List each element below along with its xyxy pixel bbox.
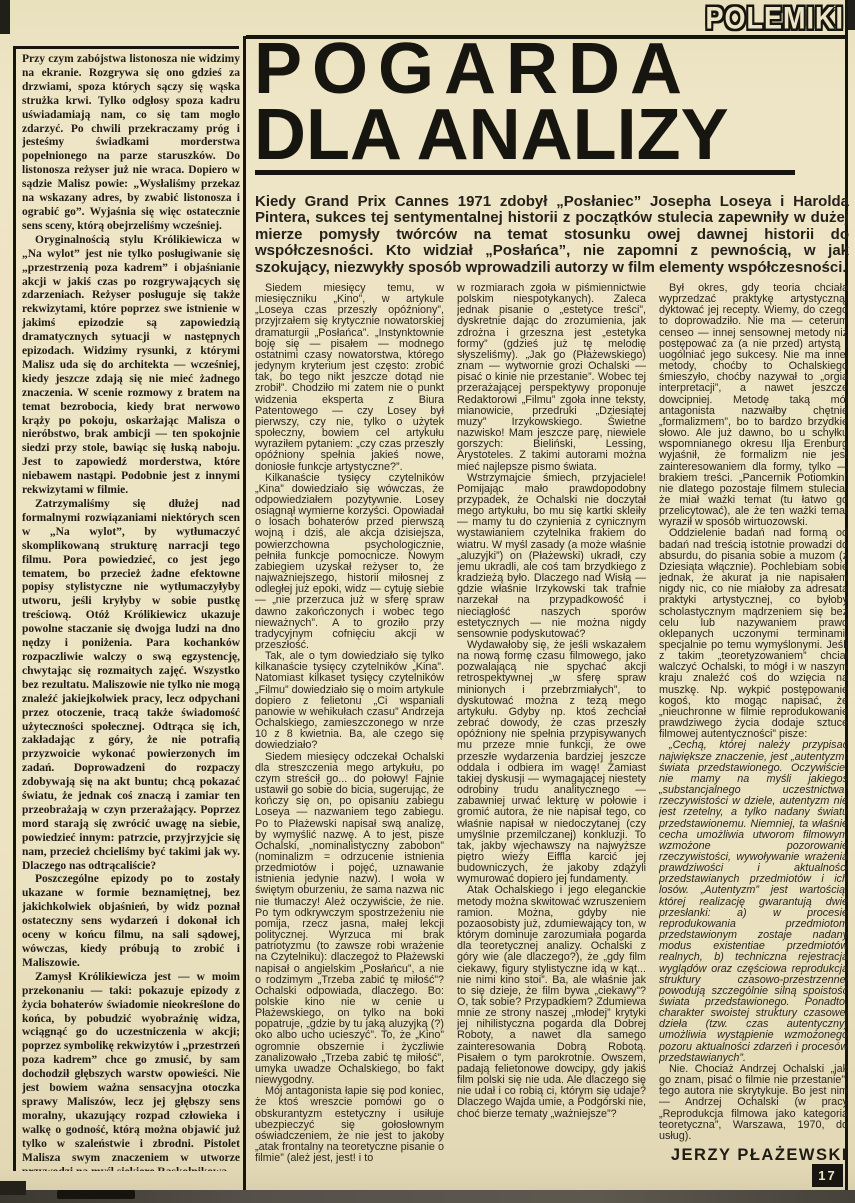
paragraph: Poszczególne epizody po to zostały ukaza… <box>22 873 240 970</box>
scan-corner-mark <box>0 0 10 34</box>
scan-ink-mark <box>0 1181 26 1195</box>
body-column-2: w rozmiarach zgoła w piśmiennictwie pols… <box>457 283 646 1173</box>
article-body: Siedem miesięcy temu, w miesięczniku „Ki… <box>255 283 849 1173</box>
author-byline: JERZY PŁAŻEWSKI <box>659 1150 848 1161</box>
masthead: POLEMIKI <box>688 2 844 38</box>
section-label: POLEMIKI <box>705 0 844 38</box>
paragraph-quote: „Cechą, której należy przypisać najwięks… <box>659 740 848 1064</box>
paragraph: w rozmiarach zgoła w piśmiennictwie pols… <box>457 283 646 473</box>
scan-ink-mark <box>57 1190 135 1199</box>
paragraph: Zamysł Królikiewicza jest — w moim przek… <box>22 971 240 1171</box>
paragraph: Nie. Chociaż Andrzej Ochalski „jak go zn… <box>659 1064 848 1142</box>
paragraph: Siedem miesięcy temu, w miesięczniku „Ki… <box>255 283 444 473</box>
paragraph: Zatrzymaliśmy się dłużej nad formalnymi … <box>22 498 240 873</box>
paragraph: Oryginalnością stylu Królikiewicza w „Na… <box>22 234 240 498</box>
sidebar-left-rule <box>13 46 16 1171</box>
article-lead: Kiedy Grand Prix Cannes 1971 zdobył „Pos… <box>255 194 849 276</box>
paragraph: Oddzielenie badań nad formą od badań nad… <box>659 528 848 740</box>
headline-line-2: DLA ANALIZY <box>254 102 814 168</box>
paragraph: Atak Ochalskiego i jego eleganckie metod… <box>457 885 646 1119</box>
paragraph: Tak, ale o tym dowiedziało się tylko kil… <box>255 651 444 751</box>
page-number-badge: 17 <box>812 1164 843 1187</box>
paragraph: Mój antagonista łapie się pod koniec, że… <box>255 1086 444 1164</box>
headline-line-1: POGARDA <box>254 36 814 102</box>
paragraph: Przy czym zabójstwa listonosza nie widzi… <box>22 53 240 234</box>
magazine-page: POLEMIKI POGARDA DLA ANALIZY Kiedy Grand… <box>0 0 855 1203</box>
article-headline: POGARDA DLA ANALIZY <box>254 36 814 168</box>
body-column-3: Był okres, gdy teoria chciała wyprzedzać… <box>659 283 848 1173</box>
sidebar-top-rule <box>13 46 239 49</box>
column-divider-rule <box>243 36 246 1190</box>
paragraph: Siedem miesięcy odczekał Ochalski dla st… <box>255 752 444 1087</box>
scan-corner-mark <box>847 0 855 30</box>
paragraph: Kilkanaście tysięcy czytelników „Kina” d… <box>255 473 444 652</box>
paragraph: Wstrzymajcie śmiech, przyjaciele! Pomija… <box>457 473 646 640</box>
paragraph: Wydawałoby się, że jeśli wskazałem na no… <box>457 640 646 885</box>
paragraph: Był okres, gdy teoria chciała wyprzedzać… <box>659 283 848 528</box>
body-column-1: Siedem miesięcy temu, w miesięczniku „Ki… <box>255 283 444 1173</box>
sidebar-review-column: Przy czym zabójstwa listonosza nie widzi… <box>22 53 240 1171</box>
